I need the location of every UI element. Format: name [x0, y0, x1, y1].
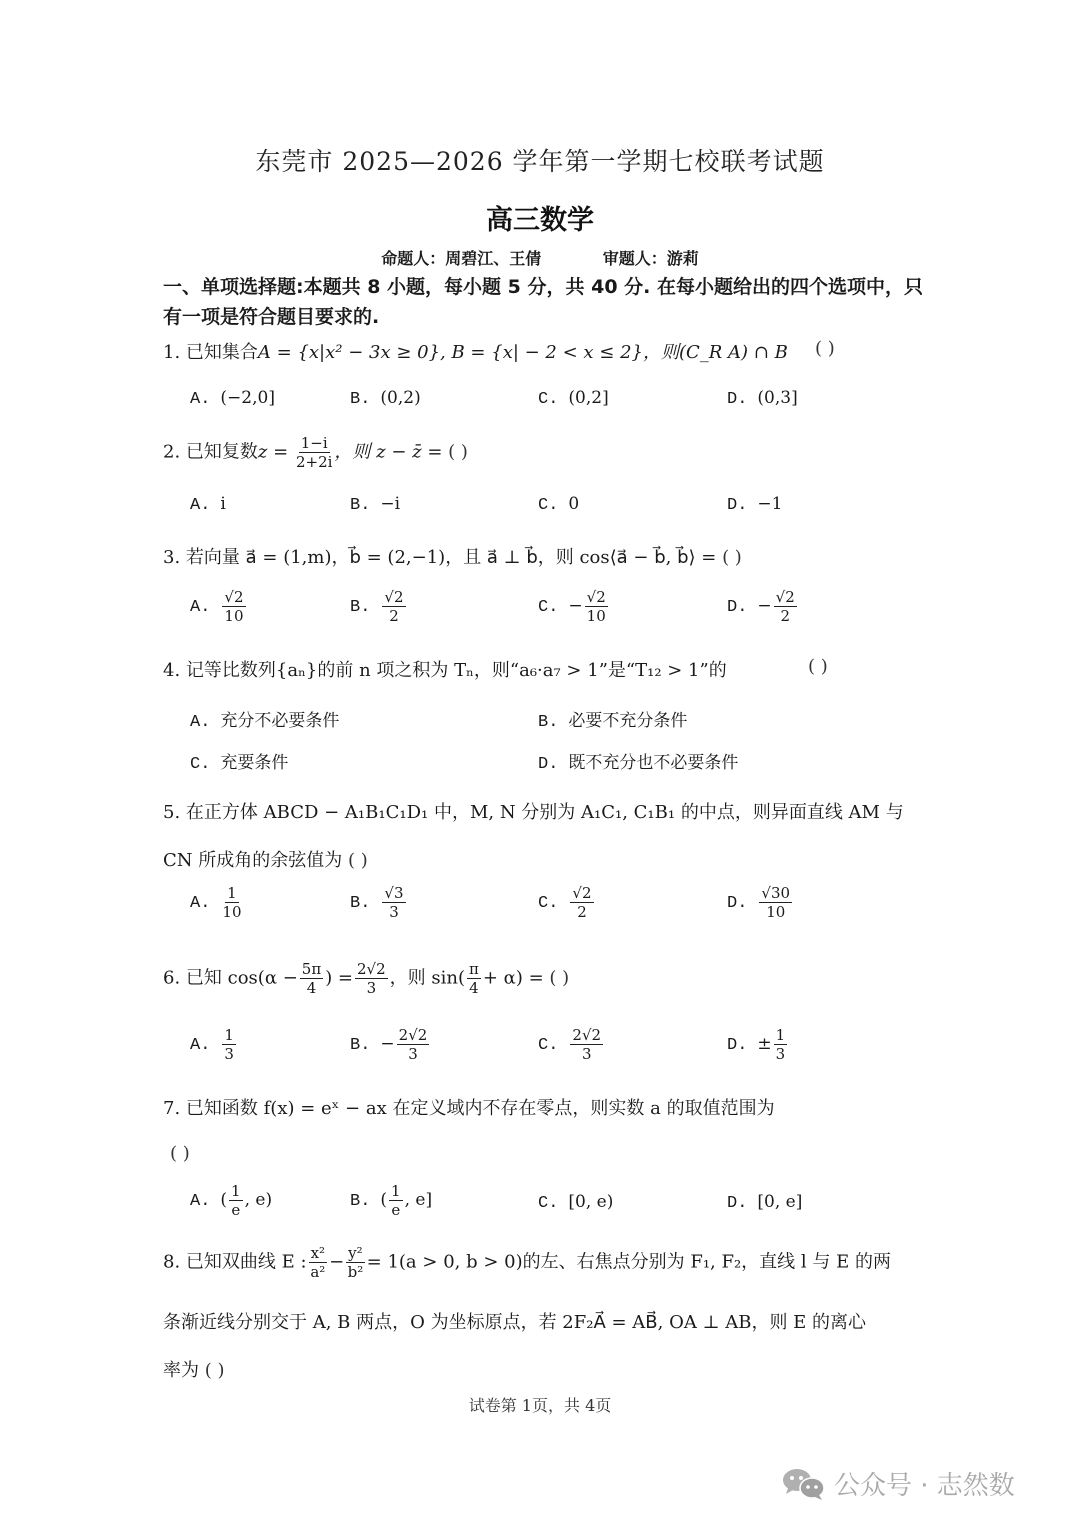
- option-d: D.既不充分也不必要条件: [538, 748, 738, 774]
- option-label: A.: [190, 713, 210, 732]
- question-stem: ，则 sin(: [390, 968, 465, 989]
- question-5: 5. 在正方体 ABCD − A₁B₁C₁D₁ 中，M, N 分别为 A₁C₁,…: [163, 798, 904, 824]
- numerator: 1: [389, 1182, 403, 1201]
- option-c: C.√22: [538, 884, 596, 921]
- option-value: (−2,0]: [220, 388, 275, 408]
- answer-blank: ( ): [205, 1360, 225, 1381]
- option-value: −1: [757, 494, 782, 514]
- fraction: √210: [585, 588, 608, 625]
- numerator: 2√2: [570, 1026, 603, 1045]
- option-b: B.√22: [350, 588, 408, 625]
- option-value: (0,2): [380, 388, 420, 408]
- option-c: C.[0, e): [538, 1192, 613, 1213]
- option-label: C.: [538, 1194, 558, 1213]
- denominator: 10: [224, 607, 243, 625]
- reviewer-line: 审题人：游莉: [603, 249, 699, 268]
- numerator: √2: [382, 588, 405, 607]
- option-label: D.: [727, 1036, 747, 1055]
- numerator: 2√2: [397, 1026, 430, 1045]
- option-label: B.: [350, 894, 370, 913]
- fraction: 2√23: [570, 1026, 603, 1063]
- question-stem: = 1(a > 0, b > 0)的左、右焦点分别为 F₁, F₂，直线 l 与…: [367, 1252, 891, 1273]
- option-value: 既不充分也不必要条件: [568, 753, 738, 773]
- numerator: √3: [382, 884, 405, 903]
- numerator: x²: [309, 1244, 327, 1263]
- denominator: 3: [582, 1045, 592, 1063]
- question-7: 7. 已知函数 f(x) = eˣ − ax 在定义域内不存在零点，则实数 a …: [163, 1094, 775, 1120]
- fraction: √210: [222, 588, 245, 625]
- question-math: z =: [258, 442, 288, 463]
- question-number: 4.: [163, 660, 180, 681]
- question-stem: 已知集合: [186, 342, 258, 363]
- numerator: √2: [774, 588, 797, 607]
- denominator: 2: [389, 607, 399, 625]
- question-math: ，则 z − z̄ =: [334, 442, 442, 463]
- wechat-icon: [782, 1467, 826, 1501]
- option-a: A.(−2,0]: [190, 388, 275, 409]
- fraction: 13: [774, 1026, 788, 1063]
- numerator: √2: [570, 884, 593, 903]
- denominator: 3: [408, 1045, 418, 1063]
- numerator: π: [467, 960, 481, 979]
- author-line: 命题人：周碧江、王倩: [381, 249, 541, 268]
- option-c: C.−√210: [538, 588, 610, 625]
- option-sign: −: [568, 596, 582, 616]
- fraction: 1e: [389, 1182, 403, 1219]
- option-sign: −: [757, 596, 771, 616]
- answer-blank: ( ): [549, 968, 569, 989]
- option-value: i: [220, 494, 225, 514]
- option-label: A.: [190, 1192, 210, 1211]
- option-d: D.[0, e]: [727, 1192, 802, 1213]
- option-a: A.√210: [190, 588, 248, 625]
- fraction: x²a²: [309, 1244, 327, 1281]
- option-sign: −: [380, 1034, 394, 1054]
- fraction: 2√23: [355, 960, 388, 997]
- numerator: 1−i: [299, 434, 330, 453]
- numerator: √2: [585, 588, 608, 607]
- option-label: C.: [190, 755, 210, 774]
- question-number: 6.: [163, 968, 180, 989]
- page-footer: 试卷第 1页，共 4页: [0, 1393, 1080, 1416]
- option-label: C.: [538, 496, 558, 515]
- option-value: 充分不必要条件: [220, 711, 339, 731]
- option-value: , e]: [405, 1190, 433, 1210]
- watermark-text: 公众号 · 志然数: [834, 1465, 1015, 1502]
- exam-authors: 命题人：周碧江、王倩 审题人：游莉: [0, 246, 1080, 269]
- option-label: D.: [727, 598, 747, 617]
- question-number: 8.: [163, 1252, 180, 1273]
- question-number: 5.: [163, 802, 180, 823]
- answer-blank: ( ): [815, 338, 915, 359]
- option-label: C.: [538, 1036, 558, 1055]
- question-stem: 率为: [163, 1360, 199, 1381]
- fraction: √3010: [759, 884, 792, 921]
- question-stem: 已知函数 f(x) = eˣ − ax 在定义域内不存在零点，则实数 a 的取值…: [186, 1098, 775, 1119]
- option-label: D.: [538, 755, 558, 774]
- option-label: B.: [350, 496, 370, 515]
- question-stem: 记等比数列{aₙ}的前 n 项之积为 Tₙ，则“a₆·a₇ > 1”是“T₁₂ …: [186, 660, 727, 681]
- option-label: B.: [350, 598, 370, 617]
- denominator: 10: [587, 607, 606, 625]
- option-value: (0,2]: [568, 388, 608, 408]
- question-8-line3: 率为 ( ): [163, 1356, 225, 1382]
- numerator: 1: [225, 884, 239, 903]
- denominator: 3: [224, 1045, 234, 1063]
- denominator: 2: [577, 903, 587, 921]
- option-label: D.: [727, 894, 747, 913]
- question-6: 6. 已知 cos(α −5π4) =2√23，则 sin(π4+ α) = (…: [163, 960, 569, 997]
- option-label: C.: [538, 598, 558, 617]
- denominator: 2: [780, 607, 790, 625]
- option-value: 0: [568, 494, 579, 514]
- question-5-line2: CN 所成角的余弦值为 ( ): [163, 846, 368, 872]
- option-c: C.2√23: [538, 1026, 605, 1063]
- option-value: [0, e): [568, 1192, 613, 1212]
- fraction: 1e: [229, 1182, 243, 1219]
- bracket: (: [220, 1190, 227, 1210]
- option-b: B.(1e, e]: [350, 1182, 432, 1219]
- option-a: A.充分不必要条件: [190, 706, 339, 732]
- denominator: 10: [222, 903, 241, 921]
- fraction: √22: [570, 884, 593, 921]
- option-c: C.充要条件: [190, 748, 288, 774]
- option-label: A.: [190, 390, 210, 409]
- bracket: (: [380, 1190, 387, 1210]
- question-stem: CN 所成角的余弦值为: [163, 850, 342, 871]
- option-a: A.i: [190, 494, 226, 515]
- numerator: √30: [759, 884, 792, 903]
- option-a: A.110: [190, 884, 244, 921]
- numerator: 1: [229, 1182, 243, 1201]
- option-a: A.(1e, e): [190, 1182, 272, 1219]
- fraction: 13: [222, 1026, 236, 1063]
- question-8-line2: 条渐近线分别交于 A, B 两点，O 为坐标原点，若 2F₂A⃗ = AB⃗, …: [163, 1308, 866, 1334]
- option-a: A.13: [190, 1026, 238, 1063]
- option-label: D.: [727, 1194, 747, 1213]
- denominator: b²: [348, 1263, 364, 1281]
- option-label: C.: [538, 390, 558, 409]
- fraction: 1−i2+2i: [296, 434, 332, 471]
- option-label: B.: [350, 390, 370, 409]
- numerator: 2√2: [355, 960, 388, 979]
- answer-blank: ( ): [348, 850, 368, 871]
- option-c: C.(0,2]: [538, 388, 609, 409]
- answer-blank: ( ): [448, 442, 468, 463]
- watermark: 公众号 · 志然数: [782, 1465, 1015, 1502]
- numerator: √2: [222, 588, 245, 607]
- option-c: C.0: [538, 494, 579, 515]
- question-number: 7.: [163, 1098, 180, 1119]
- option-d: D.√3010: [727, 884, 794, 921]
- option-b: B.−2√23: [350, 1026, 431, 1063]
- option-label: C.: [538, 894, 558, 913]
- question-3: 3. 若向量 a⃗ = (1,m)，b⃗ = (2,−1)，且 a⃗ ⊥ b⃗，…: [163, 543, 742, 569]
- question-1: 1. 已知集合A = {x|x² − 3x ≥ 0}, B = {x| − 2 …: [163, 338, 788, 364]
- fraction: √33: [382, 884, 405, 921]
- denominator: 10: [766, 903, 785, 921]
- option-value: (0,3]: [757, 388, 797, 408]
- numerator: y²: [346, 1244, 365, 1263]
- denominator: 4: [469, 979, 479, 997]
- question-8: 8. 已知双曲线 E :x²a²−y²b²= 1(a > 0, b > 0)的左…: [163, 1244, 891, 1281]
- option-d: D.−1: [727, 494, 782, 515]
- option-b: B.必要不充分条件: [538, 706, 687, 732]
- option-label: A.: [190, 1036, 210, 1055]
- fraction: 5π4: [300, 960, 323, 997]
- option-d: D.±13: [727, 1026, 789, 1063]
- option-sign: ±: [757, 1034, 771, 1054]
- question-number: 2.: [163, 442, 180, 463]
- question-stem: 已知双曲线 E :: [186, 1252, 307, 1273]
- option-b: B.(0,2): [350, 388, 421, 409]
- option-b: B.√33: [350, 884, 408, 921]
- fraction: y²b²: [346, 1244, 365, 1281]
- question-number: 3.: [163, 547, 180, 568]
- option-label: A.: [190, 496, 210, 515]
- question-stem: 在正方体 ABCD − A₁B₁C₁D₁ 中，M, N 分别为 A₁C₁, C₁…: [186, 802, 904, 823]
- fraction: 110: [222, 884, 241, 921]
- option-b: B.−i: [350, 494, 400, 515]
- denominator: 3: [367, 979, 377, 997]
- question-math: A = {x|x² − 3x ≥ 0}, B = {x| − 2 < x ≤ 2…: [258, 342, 788, 363]
- question-stem: ) =: [325, 968, 353, 989]
- denominator: e: [231, 1201, 240, 1219]
- option-label: A.: [190, 894, 210, 913]
- question-stem: 已知复数: [186, 442, 258, 463]
- numerator: 1: [774, 1026, 788, 1045]
- option-value: 必要不充分条件: [568, 711, 687, 731]
- denominator: 3: [776, 1045, 786, 1063]
- question-stem: + α) =: [483, 968, 544, 989]
- question-number: 1.: [163, 342, 180, 363]
- denominator: a²: [310, 1263, 325, 1281]
- option-label: B.: [350, 1192, 370, 1211]
- answer-blank: ( ): [170, 1143, 190, 1164]
- option-label: D.: [727, 390, 747, 409]
- question-2: 2. 已知复数z = 1−i2+2i，则 z − z̄ = ( ): [163, 434, 468, 471]
- fraction: √22: [774, 588, 797, 625]
- question-4: 4. 记等比数列{aₙ}的前 n 项之积为 Tₙ，则“a₆·a₇ > 1”是“T…: [163, 656, 727, 682]
- fraction: π4: [467, 960, 481, 997]
- denominator: 4: [307, 979, 317, 997]
- option-value: 充要条件: [220, 753, 288, 773]
- option-value: , e): [245, 1190, 273, 1210]
- section-heading: 一、单项选择题:本题共 8 小题，每小题 5 分，共 40 分. 在每小题给出的…: [163, 272, 923, 332]
- numerator: 1: [222, 1026, 236, 1045]
- exam-title: 东莞市 2025—2026 学年第一学期七校联考试题: [0, 142, 1080, 178]
- question-stem: 若向量 a⃗ = (1,m)，b⃗ = (2,−1)，且 a⃗ ⊥ b⃗，则 c…: [186, 547, 716, 568]
- option-label: B.: [538, 713, 558, 732]
- denominator: e: [391, 1201, 400, 1219]
- question-stem: 已知 cos(α −: [186, 968, 298, 989]
- option-label: B.: [350, 1036, 370, 1055]
- option-d: D.(0,3]: [727, 388, 798, 409]
- option-value: −i: [380, 494, 400, 514]
- exam-subject: 高三数学: [0, 198, 1080, 237]
- option-label: A.: [190, 598, 210, 617]
- option-label: D.: [727, 496, 747, 515]
- option-value: [0, e]: [757, 1192, 802, 1212]
- answer-blank: ( ): [722, 547, 742, 568]
- fraction: √22: [382, 588, 405, 625]
- fraction: 2√23: [397, 1026, 430, 1063]
- denominator: 3: [389, 903, 399, 921]
- answer-blank: ( ): [808, 656, 828, 677]
- option-d: D.−√22: [727, 588, 799, 625]
- numerator: 5π: [300, 960, 323, 979]
- denominator: 2+2i: [296, 453, 332, 471]
